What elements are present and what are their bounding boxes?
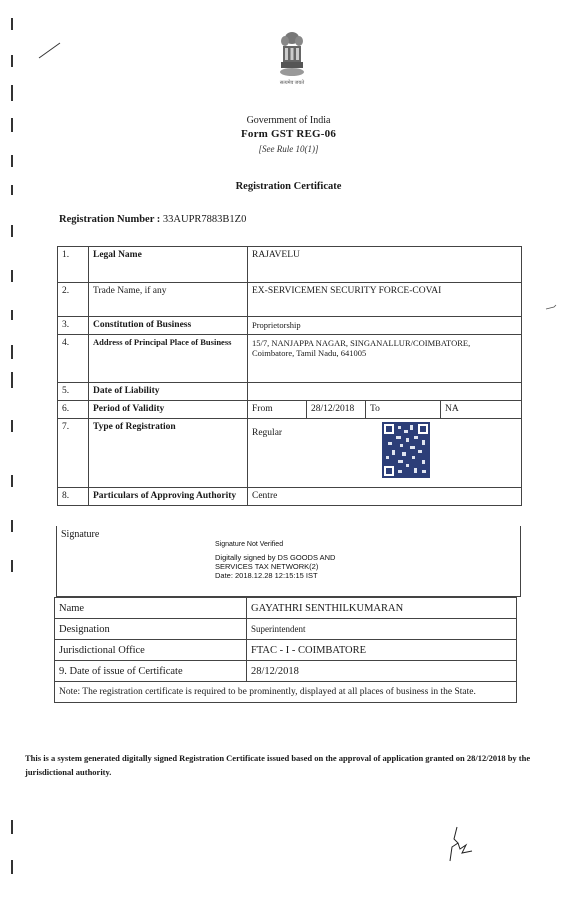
table-row: Note: The registration certificate is re… [55,682,517,703]
scan-margin-mark [11,155,13,167]
registration-number-value: 33AUPR7883B1Z0 [163,214,246,225]
scan-margin-mark [11,270,13,282]
table-row: Jurisdictional Office FTAC - I - COIMBAT… [55,640,517,661]
validity-to-value: NA [441,401,522,419]
row-number: 1. [58,247,89,283]
row-number: 8. [58,488,89,506]
row-label: Trade Name, if any [89,283,248,317]
digital-signature-stamp: Signature Not Verified Digitally signed … [215,540,335,580]
scan-margin-mark [11,55,13,67]
scan-margin-mark [11,225,13,237]
row-number: 6. [58,401,89,419]
address-line-2: Coimbatore, Tamil Nadu, 641005 [252,348,517,358]
pen-stroke-mark [38,40,63,60]
row-label: Period of Validity [89,401,248,419]
scan-margin-mark [11,820,13,834]
row-label: Particulars of Approving Authority [89,488,248,506]
form-heading: Form GST REG-06 [0,128,577,140]
rule-reference: [See Rule 10(1)] [0,144,577,154]
row-label: Constitution of Business [89,317,248,335]
row-label: Date of Liability [89,383,248,401]
table-row: 4. Address of Principal Place of Busines… [58,335,522,383]
address-line-1: 15/7, NANJAPPA NAGAR, SINGANALLUR/COIMBA… [252,338,517,348]
scan-margin-mark [11,18,13,30]
row-label: Legal Name [89,247,248,283]
scan-margin-mark [11,85,13,101]
officer-name-label: Name [55,598,247,619]
scan-margin-mark [11,372,13,388]
registration-number-label: Registration Number : [59,214,160,225]
scan-margin-mark [11,420,13,432]
legal-name-value: RAJAVELU [248,247,522,283]
pen-dash-mark [545,304,557,310]
approving-authority-value: Centre [248,488,522,506]
officer-details-table: Name GAYATHRI SENTHILKUMARAN Designation… [54,597,517,703]
validity-from-value: 28/12/2018 [307,401,366,419]
officer-name-value: GAYATHRI SENTHILKUMARAN [247,598,517,619]
registration-number: Registration Number : 33AUPR7883B1Z0 [59,214,246,225]
table-row: 2. Trade Name, if any EX-SERVICEMEN SECU… [58,283,522,317]
system-generated-footer: This is a system generated digitally sig… [25,751,555,779]
table-row: Name GAYATHRI SENTHILKUMARAN [55,598,517,619]
jurisdictional-office-label: Jurisdictional Office [55,640,247,661]
table-row: 5. Date of Liability [58,383,522,401]
validity-to-label: To [366,401,441,419]
signature-line-2: SERVICES TAX NETWORK(2) [215,562,335,571]
table-row: 9. Date of issue of Certificate 28/12/20… [55,661,517,682]
signature-block: Signature Signature Not Verified Digital… [56,526,521,597]
validity-from-label: From [248,401,307,419]
signature-line-1: Digitally signed by DS GOODS AND [215,553,335,562]
scan-margin-mark [11,345,13,359]
certificate-title: Registration Certificate [0,181,577,192]
row-number: 5. [58,383,89,401]
jurisdictional-office-value: FTAC - I - COIMBATORE [247,640,517,661]
trade-name-value: EX-SERVICEMEN SECURITY FORCE-COVAI [248,283,522,317]
table-row: 3. Constitution of Business Proprietorsh… [58,317,522,335]
national-emblem-icon [274,28,310,78]
table-row: 8. Particulars of Approving Authority Ce… [58,488,522,506]
row-number: 2. [58,283,89,317]
scan-margin-mark [11,520,13,532]
liability-date-value [248,383,522,401]
row-label: Address of Principal Place of Business [89,335,248,383]
handwritten-initials [448,825,474,865]
row-number: 3. [58,317,89,335]
government-heading: Government of India [0,115,577,126]
scan-margin-mark [11,860,13,874]
scan-margin-mark [11,475,13,487]
table-row: 7. Type of Registration Regular [58,419,522,488]
signature-line-3: Date: 2018.12.28 12:15:15 IST [215,571,335,580]
table-row: 6. Period of Validity From 28/12/2018 To… [58,401,522,419]
table-row: 1. Legal Name RAJAVELU [58,247,522,283]
scan-margin-mark [11,310,13,320]
row-number: 7. [58,419,89,488]
signature-status: Signature Not Verified [215,540,335,549]
designation-value: Superintendent [247,619,517,640]
address-value: 15/7, NANJAPPA NAGAR, SINGANALLUR/COIMBA… [248,335,522,383]
registration-type-cell: Regular [248,419,522,488]
qr-code-icon [382,422,430,478]
table-row: Designation Superintendent [55,619,517,640]
constitution-value: Proprietorship [248,317,522,335]
registration-type-value: Regular [252,428,282,438]
scan-margin-mark [11,560,13,572]
signature-label: Signature [61,529,99,540]
designation-label: Designation [55,619,247,640]
row-number: 4. [58,335,89,383]
registration-details-table: 1. Legal Name RAJAVELU 2. Trade Name, if… [57,246,522,506]
issue-date-label: 9. Date of issue of Certificate [55,661,247,682]
issue-date-value: 28/12/2018 [247,661,517,682]
row-label: Type of Registration [89,419,248,488]
display-note: Note: The registration certificate is re… [55,682,517,703]
emblem-caption: सत्यमेव जयते [272,80,312,86]
